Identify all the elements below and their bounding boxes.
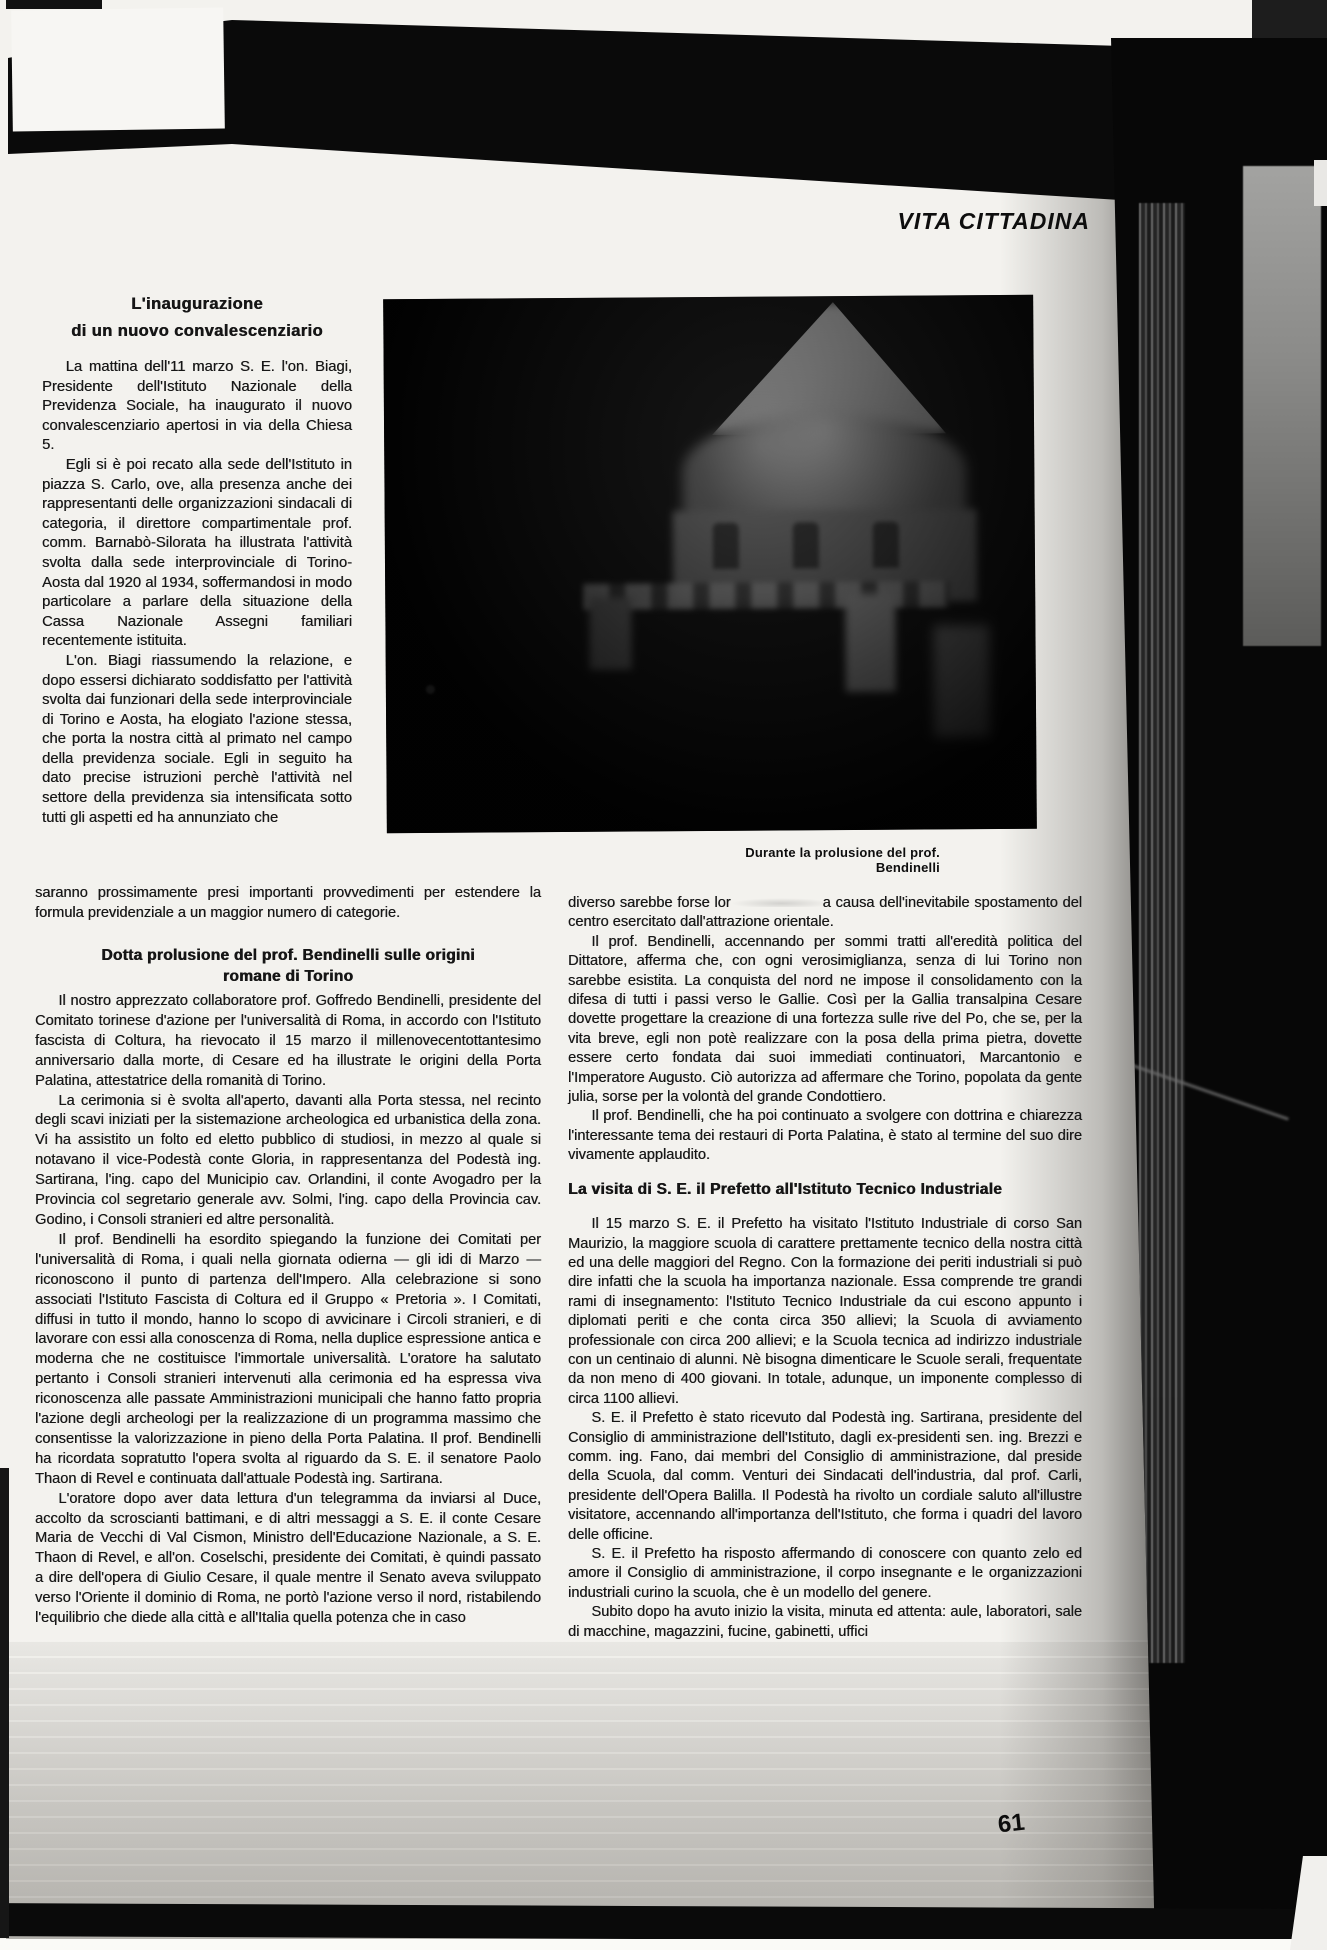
article-photo bbox=[383, 295, 1037, 834]
scan-white-margin-bottom bbox=[0, 1939, 1327, 1950]
article-inauguration-body: La mattina dell'11 marzo S. E. l'on. Bia… bbox=[42, 358, 352, 828]
article-inauguration-continuation: saranno prossimamente presi importanti p… bbox=[35, 884, 541, 924]
paragraph: Il 15 marzo S. E. il Prefetto ha visitat… bbox=[568, 1215, 1082, 1409]
paragraph: Il prof. Bendinelli ha esordito spiegand… bbox=[35, 1231, 541, 1490]
paragraph: Il nostro apprezzato collaboratore prof.… bbox=[35, 992, 541, 1092]
faded-print-gap bbox=[731, 898, 823, 907]
article-prolusione-title-line1: Dotta prolusione del prof. Bendinelli su… bbox=[35, 945, 541, 966]
article-prolusione-title-line2: romane di Torino bbox=[35, 966, 541, 987]
paragraph: Il prof. Bendinelli, che ha poi continua… bbox=[568, 1107, 1082, 1165]
paragraph-text: diverso sarebbe forse lor bbox=[568, 895, 731, 911]
paragraph: saranno prossimamente presi importanti p… bbox=[35, 884, 541, 924]
scan-black-bar-bottom bbox=[4, 1903, 1294, 1942]
adjacent-page-sliver bbox=[1243, 166, 1321, 646]
page-bottom-shadow bbox=[6, 1640, 1186, 1940]
paragraph: S. E. il Prefetto ha risposto affermando… bbox=[568, 1545, 1082, 1603]
paragraph: diverso sarebbe forse lora causa dell'in… bbox=[568, 894, 1082, 933]
scan-black-strip-topleft bbox=[6, 0, 102, 9]
paragraph: La mattina dell'11 marzo S. E. l'on. Bia… bbox=[42, 358, 352, 456]
article-visita-title: La visita di S. E. il Prefetto all'Istit… bbox=[568, 1180, 1082, 1199]
section-header: VITA CITTADINA bbox=[860, 208, 1090, 235]
article-inauguration-column: L'inaugurazione di un nuovo convalescenz… bbox=[42, 291, 352, 828]
paragraph: L'on. Biagi riassumendo la relazione, e … bbox=[42, 652, 352, 828]
page-number: 61 bbox=[997, 1809, 1026, 1840]
paragraph: Subito dopo ha avuto inizio la visita, m… bbox=[568, 1603, 1082, 1642]
paragraph: La cerimonia si è svolta all'aperto, dav… bbox=[35, 1092, 541, 1231]
article-inauguration-title-line1: L'inaugurazione bbox=[42, 291, 352, 318]
article-prolusione-left-column: Il nostro apprezzato collaboratore prof.… bbox=[35, 992, 541, 1629]
photo-caption: Durante la prolusione del prof. Bendinel… bbox=[690, 845, 940, 875]
scan-white-corner-box bbox=[11, 8, 225, 132]
edge-white-tab bbox=[1314, 160, 1327, 206]
photo-vignette bbox=[383, 295, 1037, 834]
page-edges-stripes bbox=[1139, 203, 1185, 1663]
scan-black-edge-left bbox=[0, 1468, 9, 1938]
scanned-magazine-page: VITA CITTADINA Durante la prolusione del… bbox=[0, 0, 1327, 1950]
paragraph: L'oratore dopo aver data lettura d'un te… bbox=[35, 1490, 541, 1629]
paragraph: Egli si è poi recato alla sede dell'Isti… bbox=[42, 456, 352, 652]
article-inauguration-title-line2: di un nuovo convalescenziario bbox=[42, 318, 352, 345]
paragraph: Il prof. Bendinelli, accennando per somm… bbox=[568, 933, 1082, 1108]
article-prolusione-title: Dotta prolusione del prof. Bendinelli su… bbox=[35, 945, 541, 987]
right-column: diverso sarebbe forse lora causa dell'in… bbox=[568, 894, 1082, 1642]
paragraph: S. E. il Prefetto è stato ricevuto dal P… bbox=[568, 1409, 1082, 1545]
